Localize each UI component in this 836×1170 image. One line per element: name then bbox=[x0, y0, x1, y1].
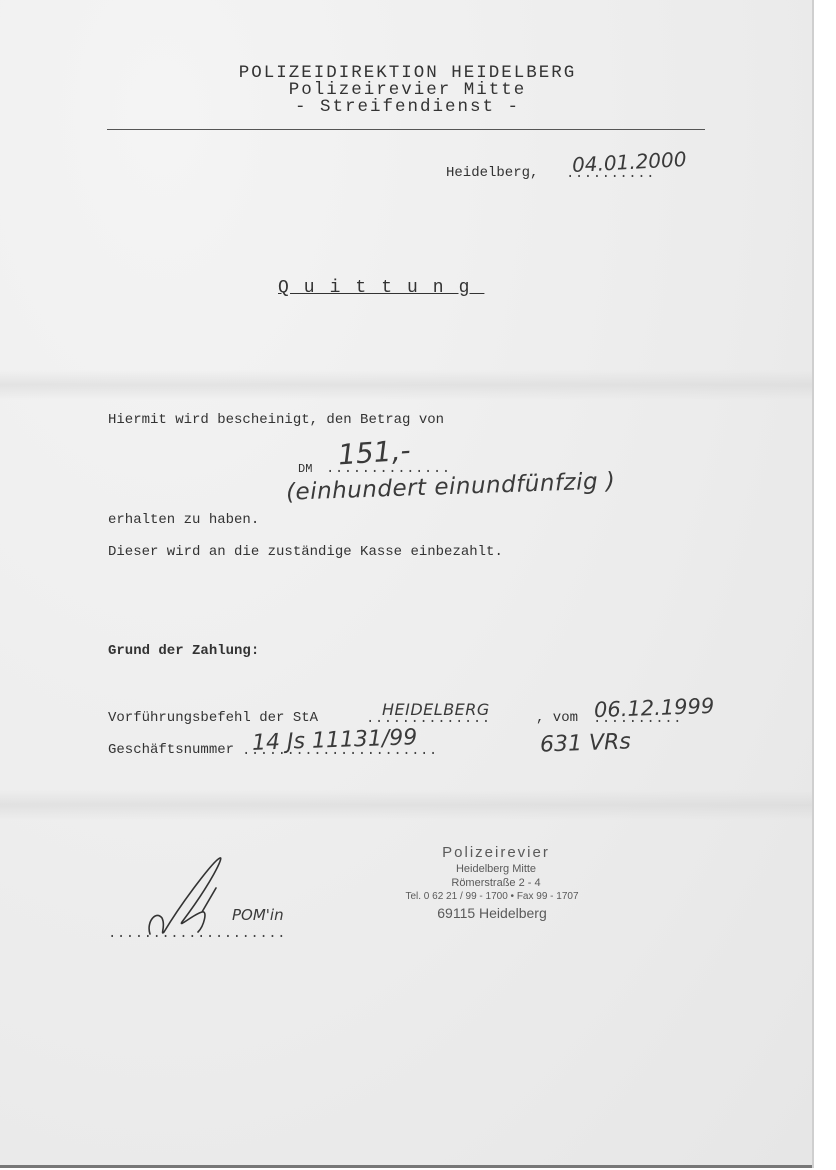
paid-in-text: Dieser wird an die zuständige Kasse einb… bbox=[108, 544, 503, 560]
amount-handwritten: 151,- bbox=[337, 434, 412, 472]
paper-fold bbox=[0, 370, 812, 400]
stamp-phone-fax: Tel. 0 62 21 / 99 - 1700 • Fax 99 - 1707 bbox=[384, 891, 600, 902]
receipt-page: POLIZEIDIREKTION HEIDELBERG Polizeirevie… bbox=[0, 0, 812, 1168]
signature-name-handwritten: POM'in bbox=[232, 906, 284, 924]
intro-text: Hiermit wird bescheinigt, den Betrag von bbox=[108, 412, 444, 428]
order-date-prefix: , vom bbox=[536, 710, 578, 726]
document-title: Quittung bbox=[278, 278, 484, 298]
header-divider bbox=[107, 129, 705, 130]
received-text: erhalten zu haben. bbox=[108, 512, 259, 528]
signature-scribble-icon bbox=[142, 852, 262, 942]
order-date-handwritten: 06.12.1999 bbox=[594, 694, 715, 722]
stamp-station: Polizeirevier bbox=[388, 844, 604, 861]
case-number-label: Geschäftsnummer bbox=[108, 742, 234, 758]
stamp-street: Römerstraße 2 - 4 bbox=[388, 877, 604, 889]
currency-label: DM bbox=[298, 462, 312, 476]
stamp-district: Heidelberg Mitte bbox=[388, 863, 604, 875]
stamp-city: 69115 Heidelberg bbox=[384, 905, 600, 921]
header-department: - Streifendienst - bbox=[105, 98, 710, 116]
case-extra-handwritten: 631 VRs bbox=[540, 729, 632, 757]
place-label: Heidelberg, bbox=[446, 165, 538, 181]
order-label: Vorführungsbefehl der StA bbox=[108, 710, 318, 726]
order-authority-handwritten: HEIDELBERG bbox=[382, 700, 490, 719]
paper-fold bbox=[0, 790, 812, 820]
reason-heading: Grund der Zahlung: bbox=[108, 643, 259, 659]
date-handwritten: 04.01.2000 bbox=[571, 147, 687, 177]
